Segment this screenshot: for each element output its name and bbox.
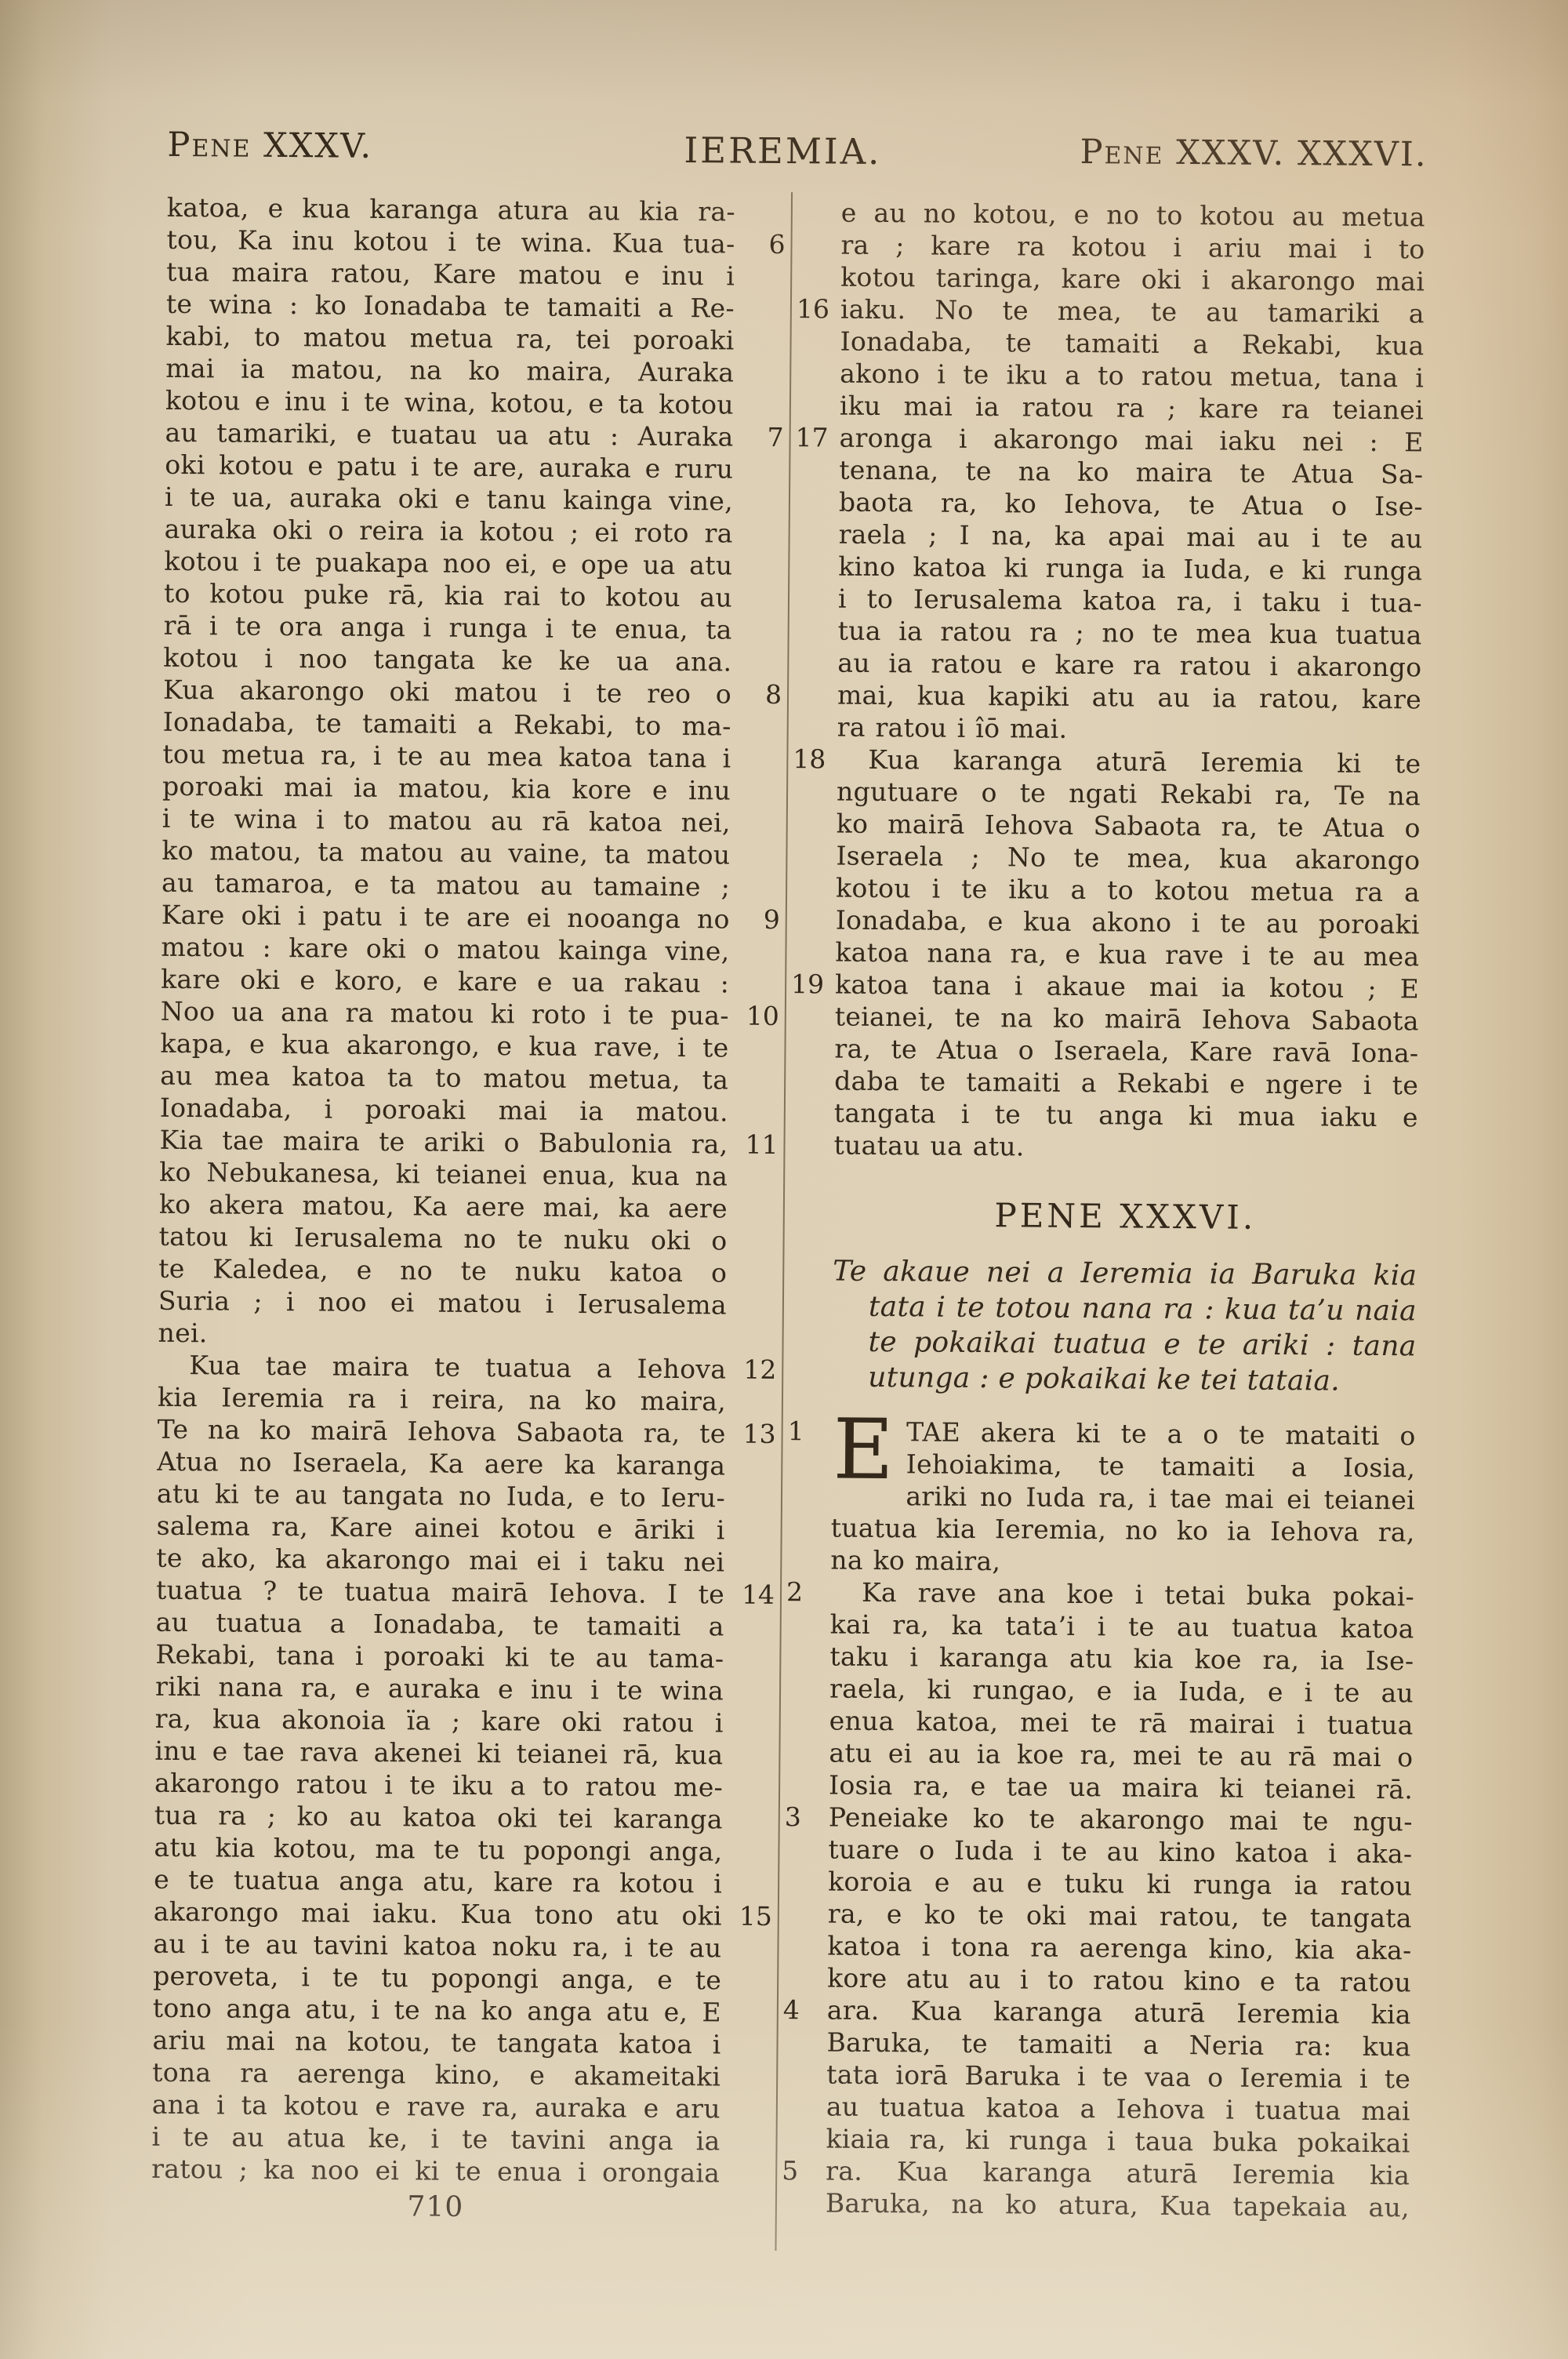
text-line: Peneiake ko te akarongo mai te ngu-3 — [829, 1801, 1413, 1838]
text-line: ariu mai na kotou, te tangata katoa i — [152, 2024, 720, 2061]
text-line: raela ; I na, ka apai mai au i te au — [838, 518, 1422, 555]
text-line-content: akarongo ratou i te iku a to ratou me- — [154, 1768, 723, 1803]
text-line-content: ko matou, ta matou au vaine, ta matou — [162, 835, 730, 871]
text-line: te pokaikai tuatua e te ariki : tana — [832, 1325, 1416, 1365]
text-line: Te akaue nei a Ieremia ia Baruka kia — [833, 1254, 1417, 1294]
text-line-content: tuare o Iuda i te au kino katoa i aka- — [828, 1834, 1412, 1870]
text-line: taku i karanga atu kia koe ra, ia Ise- — [829, 1641, 1414, 1677]
text-line-content: te Kaledea, e no te nuku katoa o — [158, 1253, 727, 1289]
text-line: ko Nebukanesa, ki teianei enua, kua na — [159, 1156, 728, 1193]
text-line: tatou ki Ierusalema no te nuku oki o — [158, 1220, 727, 1257]
text-line-content: tata i te totou nana ra : kua ta’u naia — [869, 1291, 1417, 1327]
text-line-content: e te tuatua anga atu, kare ra kotou i — [154, 1864, 722, 1899]
text-line-content: ko akera matou, Ka aere mai, ka aere — [159, 1189, 728, 1224]
text-line-content: akono i te iku a to ratou metua, tana i — [840, 358, 1424, 394]
text-line-content: tangata i te tu anga ki mua iaku e — [834, 1098, 1418, 1133]
text-line-content: au tuatua katoa a Iehova i tuatua mai — [826, 2092, 1410, 2127]
text-line: i te ua, auraka oki e tanu kainga vine, — [165, 481, 733, 518]
text-line: kapa, e kua akarongo, e kua rave, i te — [160, 1027, 728, 1064]
text-line: mai ia matou, na ko maira, Auraka — [165, 352, 734, 389]
text-line-content: Kia tae maira te ariki o Babulonia ra, — [159, 1125, 728, 1160]
text-line-content: Ionadaba, te tamaiti a Rekabi, to ma- — [163, 707, 731, 742]
text-line: atu ki te au tangata no Iuda, e to Ieru- — [157, 1478, 725, 1514]
text-line: Noo ua ana ra matou ki roto i te pua-10 — [161, 995, 729, 1032]
text-line-content: au mea katoa ta to matou metua, ta — [160, 1060, 728, 1096]
verse-number: 7 — [767, 421, 783, 453]
text-line: au tuatua katoa a Iehova i tuatua mai — [826, 2091, 1410, 2128]
text-line: Te na ko mairā Iehova Sabaota ra, te13 — [158, 1413, 726, 1450]
text-line: te wina : ko Ionadaba te tamaiti a Re- — [166, 288, 735, 325]
text-line-content: Iehoiakima, te tamaiti a Iosia, — [906, 1448, 1416, 1483]
text-line-content: Iosia ra, e tae ua maira ki teianei rā. — [829, 1770, 1413, 1805]
text-line: poroaki mai ia matou, kia kore e inu — [162, 770, 731, 807]
text-line-content: kabi, to matou metua ra, tei poroaki — [165, 321, 734, 356]
text-line: au ia ratou e kare ra ratou i akarongo — [837, 647, 1421, 684]
text-line-content: i te au atua ke, i te tavini anga ia — [151, 2121, 720, 2157]
running-head: Pene XXXV. IEREMIA. Pene XXXV. XXXVI. — [0, 124, 1567, 184]
text-line-content: tenana, te na ko maira te Atua Sa- — [839, 455, 1423, 490]
text-line-content: koroia e au e tuku ki runga ia ratou — [828, 1866, 1412, 1902]
chapter-35-text-left: katoa, e kua karanga atura au kia ra-tou… — [151, 191, 735, 2190]
text-line-content: iku mai ia ratou ra ; kare ra teianei — [840, 391, 1424, 426]
text-line: katoa i tona ra aerenga kino, kia aka- — [827, 1930, 1411, 1967]
text-line: ratou ; ka noo ei ki te enua i orongaia — [151, 2153, 720, 2190]
text-line: kotou i noo tangata ke ke ua ana. — [163, 642, 731, 678]
verse-number: 5 — [782, 2154, 798, 2186]
text-line: au tamariki, e tuatau ua atu : Auraka7 — [165, 416, 733, 453]
text-line: kotou i te puakapa noo ei, e ope ua atu — [164, 545, 732, 582]
text-line-content: kotou i te puakapa noo ei, e ope ua atu — [164, 546, 732, 581]
text-line-content: atu ei au ia koe ra, mei te au rā mai o — [829, 1738, 1413, 1773]
text-line: ko matou, ta matou au vaine, ta matou — [162, 834, 730, 871]
text-line: baota ra, ko Iehova, te Atua o Ise- — [839, 486, 1423, 523]
text-line-content: tou, Ka inu kotou i te wina. Kua tua- — [166, 224, 735, 260]
text-line: ra, e ko te oki mai ratou, te tangata — [828, 1898, 1412, 1935]
text-line: atu kia kotou, ma te tu popongi anga, — [154, 1831, 722, 1868]
verse-number: 9 — [764, 903, 780, 936]
text-line: utunga : e pokaikai ke tei tataia. — [832, 1360, 1416, 1400]
text-line-content: kotou e inu i te wina, kotou, e ta kotou — [165, 385, 734, 420]
text-line: Kare oki i patu i te are ei nooanga no9 — [162, 899, 730, 936]
text-line: tou, Ka inu kotou i te wina. Kua tua-6 — [166, 224, 735, 260]
text-line-content: mai ia matou, na ko maira, Auraka — [165, 353, 734, 388]
text-line-content: ariki no Iuda ra, i tae mai ei teianei — [906, 1481, 1415, 1515]
text-line: ngutuare o te ngati Rekabi ra, Te na — [837, 776, 1421, 812]
text-line: tenana, te na ko maira te Atua Sa- — [839, 454, 1423, 491]
text-line: Ionadaba, te tamaiti a Rekabi, to ma- — [163, 706, 731, 743]
text-line-content: i te ua, auraka oki e tanu kainga vine, — [165, 482, 733, 517]
text-line: TAE akera ki te a o te mataiti o — [832, 1416, 1416, 1452]
text-line-content: tuatua ? te tuatua mairā Iehova. I te — [156, 1575, 724, 1610]
text-line-content: ra, kua akonoia ïa ; kare oki ratou i — [155, 1703, 724, 1739]
text-line: ara. Kua karanga aturā Ieremia kia4 — [827, 1994, 1411, 2031]
text-line-content: nei. — [158, 1318, 207, 1348]
text-line: Baruka, te tamaiti a Neria ra: kua — [826, 2026, 1410, 2063]
text-line-content: Ionadaba, e kua akono i te au poroaki — [836, 905, 1420, 940]
text-line: oki kotou e patu i te are, auraka e ruru — [165, 449, 733, 485]
text-line-content: rā i te ora anga i runga i te enua, ta — [164, 610, 732, 645]
text-line-content: kia Ieremia ra i reira, na ko maira, — [158, 1382, 726, 1417]
text-line: inu e tae rava akenei ki teianei rā, kua — [154, 1735, 723, 1772]
verse-number: 6 — [768, 228, 785, 260]
text-line: akarongo mai iaku. Kua tono atu oki15 — [154, 1896, 722, 1932]
text-line-content: te wina : ko Ionadaba te tamaiti a Re- — [166, 289, 735, 324]
text-line-content: ra ; kare ra kotou i ariu mai i to — [840, 230, 1425, 265]
text-line: tua ra ; ko au katoa oki tei karanga — [154, 1799, 723, 1836]
verse-number: 19 — [791, 968, 824, 1000]
text-line: kino katoa ki runga ia Iuda, e ki runga — [838, 551, 1422, 587]
text-line: tangata i te tu anga ki mua iaku e — [834, 1097, 1418, 1134]
text-line-content: tatou ki Ierusalema no te nuku oki o — [158, 1221, 727, 1256]
verse-number: 11 — [745, 1129, 778, 1161]
text-line: ra ; kare ra kotou i ariu mai i to — [840, 229, 1425, 266]
text-line: tua ia ratou ra ; no te mea kua tuatua — [838, 615, 1422, 652]
text-line: Ionadaba, te tamaiti a Rekabi, kua — [840, 325, 1424, 362]
text-line-content: atu kia kotou, ma te tu popongi anga, — [154, 1832, 722, 1867]
text-line: na ko maira, — [830, 1544, 1414, 1581]
text-line-content: tou metua ra, i te au mea katoa tana i — [162, 739, 731, 774]
text-line: matou : kare oki o matou kainga vine, — [161, 931, 729, 968]
text-line: ra ratou i îō mai. — [837, 711, 1421, 748]
text-line-content: katoa nana ra, e kua rave i te au mea — [835, 937, 1419, 972]
text-line: au tuatua a Ionadaba, te tamaiti a — [156, 1606, 724, 1643]
text-line: te ako, ka akarongo mai ei i taku nei — [156, 1542, 724, 1579]
text-line-content: tata iorā Baruka i te vaa o Ieremia i te — [826, 2059, 1410, 2095]
text-line-content: to kotou puke rā, kia rai to kotou au — [164, 578, 732, 613]
chapter-35-text-right: e au no kotou, e no to kotou au metuara … — [833, 197, 1425, 1166]
text-line-content: akarongo mai iaku. Kua tono atu oki — [154, 1896, 722, 1932]
text-line: katoa nana ra, e kua rave i te au mea — [835, 936, 1419, 973]
text-line: Kia tae maira te ariki o Babulonia ra,11 — [159, 1124, 728, 1161]
verse-number: 3 — [785, 1801, 801, 1833]
text-line: katoa tana i akaue mai ia kotou ; E19 — [835, 969, 1419, 1005]
verse-number: 17 — [795, 421, 828, 453]
text-line-content: Kua karanga aturā Ieremia ki te — [868, 744, 1421, 780]
column-divider — [775, 192, 793, 2251]
verse-number: 1 — [788, 1415, 804, 1447]
text-line: riki nana ra, e auraka e inu i te wina — [155, 1670, 724, 1707]
chapter-heading: PENE XXXVI. — [833, 1196, 1417, 1238]
text-line-content: kare oki e koro, e kare e ua rakau : — [161, 964, 729, 999]
text-line-content: Ionadaba, i poroaki mai ia matou. — [160, 1092, 728, 1128]
text-line-content: ko mairā Iehova Sabaota ra, te Atua o — [837, 809, 1421, 844]
chapter-summary: Te akaue nei a Ieremia ia Baruka kiatata… — [832, 1254, 1417, 1400]
text-line: peroveta, i te tu popongi anga, e te — [153, 1960, 721, 1997]
text-line-content: Peneiake ko te akarongo mai te ngu- — [829, 1802, 1413, 1837]
text-line-content: e au no kotou, e no to kotou au metua — [841, 198, 1425, 233]
text-line: katoa, e kua karanga atura au kia ra- — [167, 191, 735, 228]
text-line: i to Ierusalema katoa ra, i taku i tua- — [838, 583, 1422, 620]
text-line: Ionadaba, e kua akono i te au poroaki — [836, 904, 1420, 941]
text-line-content: ra. Kua karanga aturā Ieremia kia — [826, 2156, 1410, 2191]
text-line-content: na ko maira, — [830, 1545, 1000, 1577]
text-line: tuatua kia Ieremia, no ko ia Iehova ra, — [831, 1512, 1415, 1549]
text-line: Suria ; i noo ei matou i Ierusalema — [158, 1285, 727, 1321]
text-line: tou metua ra, i te au mea katoa tana i — [162, 738, 731, 775]
text-line: kotou taringa, kare oki i akarongo mai — [840, 261, 1425, 298]
text-line: Iosia ra, e tae ua maira ki teianei rā. — [829, 1769, 1413, 1806]
text-line: Kua tae maira te tuatua a Iehova12 — [158, 1349, 726, 1386]
text-line-content: i to Ierusalema katoa ra, i taku i tua- — [838, 583, 1422, 619]
text-line: Rekabi, tana i poroaki ki te au tama- — [155, 1638, 724, 1675]
text-line-content: Kua tae maira te tuatua a Iehova — [189, 1350, 726, 1384]
text-line: mai, kua kapiki atu au ia ratou, kare — [837, 679, 1421, 716]
text-line-content: teianei, te na ko mairā Iehova Sabaota — [835, 1001, 1419, 1037]
text-line: Baruka, na ko atura, Kua tapekaia au, — [826, 2187, 1410, 2224]
text-line: akarongo ratou i te iku a to ratou me- — [154, 1767, 723, 1804]
text-line-content: Suria ; i noo ei matou i Ierusalema — [158, 1285, 727, 1321]
text-line: Ka rave ana koe i tetai buka pokai-2 — [830, 1576, 1414, 1613]
text-line-content: daba te tamaiti a Rekabi e ngere i te — [834, 1066, 1418, 1101]
verse-number: 10 — [746, 1000, 779, 1032]
text-line: e te tuatua anga atu, kare ra kotou i — [154, 1863, 722, 1900]
text-line: tuatau ua atu. — [833, 1129, 1417, 1166]
verse-number: 14 — [742, 1579, 775, 1611]
text-line: tata iorā Baruka i te vaa o Ieremia i te — [826, 2059, 1410, 2095]
text-line-content: katoa tana i akaue mai ia kotou ; E — [835, 969, 1419, 1005]
text-line: ko mairā Iehova Sabaota ra, te Atua o — [837, 808, 1421, 845]
text-line-content: Baruka, te tamaiti a Neria ra: kua — [826, 2027, 1410, 2063]
text-line-content: Rekabi, tana i poroaki ki te au tama- — [155, 1639, 724, 1674]
text-line: ra, kua akonoia ïa ; kare oki ratou i — [155, 1703, 724, 1739]
text-line: Kua akarongo oki matou i te reo o8 — [163, 674, 731, 711]
text-line: salema ra, Kare ainei kotou e āriki i — [157, 1510, 725, 1547]
text-line-content: iaku. No te mea, te au tamariki a — [840, 294, 1425, 329]
text-line: teianei, te na ko mairā Iehova Sabaota — [835, 1001, 1419, 1038]
text-line: ra, te Atua o Iseraela, Kare ravā Iona- — [834, 1033, 1418, 1070]
text-line-content: katoa, e kua karanga atura au kia ra- — [167, 192, 735, 227]
text-line-content: tono anga atu, i te na ko anga atu e, E — [153, 1993, 721, 2028]
text-line: kai ra, ka tata’i i te au tuatua katoa — [830, 1608, 1414, 1645]
text-line-content: kiaia ra, ki runga i taua buka pokaikai — [826, 2124, 1410, 2159]
verse-number: 8 — [765, 678, 782, 711]
text-line: to kotou puke rā, kia rai to kotou au — [164, 577, 732, 614]
text-line-content: au i te au tavini katoa noku ra, i te au — [153, 1928, 721, 1964]
text-line-content: mai, kua kapiki atu au ia ratou, kare — [837, 680, 1421, 715]
text-line-content: ariu mai na kotou, te tangata katoa i — [152, 2025, 720, 2060]
text-line: kotou e inu i te wina, kotou, e ta kotou — [165, 384, 734, 421]
text-line-content: raela ; I na, ka apai mai au i te au — [839, 519, 1423, 554]
text-line-content: baota ra, ko Iehova, te Atua o Ise- — [839, 487, 1423, 522]
text-line-content: TAE akera ki te a o te mataiti o — [906, 1416, 1416, 1451]
text-line: daba te tamaiti a Rekabi e ngere i te — [834, 1065, 1418, 1102]
text-line-content: kotou i te iku a to kotou metua ra a — [836, 873, 1420, 908]
text-line-content: tona ra aerenga kino, e akameitaki — [152, 2057, 720, 2092]
text-line-content: katoa i tona ra aerenga kino, kia aka- — [827, 1931, 1411, 1966]
text-line-content: inu e tae rava akenei ki teianei rā, kua — [154, 1736, 723, 1771]
text-line-content: ana i ta kotou e rave ra, auraka e aru — [152, 2089, 720, 2125]
text-line: kore atu au i to ratou kino e ta ratou — [827, 1962, 1411, 1999]
text-line: kare oki e koro, e kare e ua rakau : — [161, 963, 729, 1000]
text-line: te Kaledea, e no te nuku katoa o — [158, 1252, 727, 1289]
text-line: Iehoiakima, te tamaiti a Iosia, — [831, 1448, 1415, 1485]
text-line-content: utunga : e pokaikai ke tei tataia. — [868, 1361, 1340, 1398]
text-line-content: raela, ki rungao, e ia Iuda, e i te au — [829, 1674, 1414, 1709]
text-line: enua katoa, mei te rā mairai i tuatua — [829, 1705, 1414, 1742]
text-line: au tamaroa, e ta matou au tamaine ; — [162, 867, 730, 903]
chapter-36-text: 1 E TAE akera ki te a o te mataiti oIeho… — [826, 1416, 1416, 2224]
verse-number: 2 — [786, 1576, 803, 1608]
book-page: Pene XXXV. IEREMIA. Pene XXXV. XXXVI. ka… — [0, 0, 1568, 2359]
text-line: ko akera matou, Ka aere mai, ka aere — [159, 1188, 728, 1225]
text-line-content: oki kotou e patu i te are, auraka e ruru — [165, 449, 733, 485]
text-line-content: Te akaue nei a Ieremia ia Baruka kia — [833, 1256, 1417, 1292]
text-line-content: Iseraela ; No te mea, kua akarongo — [836, 841, 1420, 876]
text-line-content: tua ra ; ko au katoa oki tei karanga — [154, 1800, 723, 1835]
text-line-content: Kua akarongo oki matou i te reo o — [163, 674, 731, 710]
text-line-content: Atua no Iseraela, Ka aere ka karanga — [157, 1446, 725, 1481]
text-line: nei. — [158, 1317, 726, 1354]
text-line: iku mai ia ratou ra ; kare ra teianei — [840, 390, 1424, 427]
text-line: koroia e au e tuku ki runga ia ratou — [828, 1866, 1412, 1903]
left-column: katoa, e kua karanga atura au kia ra-tou… — [151, 191, 735, 2227]
text-line-content: matou : kare oki o matou kainga vine, — [161, 932, 729, 967]
text-line-content: tua ia ratou ra ; no te mea kua tuatua — [838, 616, 1422, 651]
running-head-left: Pene XXXV. — [167, 125, 372, 166]
text-line-content: poroaki mai ia matou, kia kore e inu — [162, 771, 731, 806]
text-line-content: Ionadaba, te tamaiti a Rekabi, kua — [840, 326, 1424, 362]
text-line-content: tuatau ua atu. — [833, 1130, 1024, 1162]
text-line-content: te ako, ka akarongo mai ei i taku nei — [156, 1543, 724, 1578]
verse-number: 18 — [793, 743, 826, 775]
text-line-content: peroveta, i te tu popongi anga, e te — [153, 1961, 721, 1996]
right-column: e au no kotou, e no to kotou au metuara … — [826, 197, 1425, 2224]
text-line-content: ara. Kua karanga aturā Ieremia kia — [827, 1995, 1411, 2030]
text-line: tuare o Iuda i te au kino katoa i aka- — [828, 1834, 1412, 1870]
text-line: akono i te iku a to ratou metua, tana i — [840, 358, 1424, 394]
text-line: kia Ieremia ra i reira, na ko maira, — [158, 1381, 726, 1418]
text-line: au i te au tavini katoa noku ra, i te au — [153, 1928, 721, 1965]
text-line-content: enua katoa, mei te rā mairai i tuatua — [829, 1706, 1414, 1741]
text-line-content: kino katoa ki runga ia Iuda, e ki runga — [838, 551, 1422, 587]
text-line-content: tua maira ratou, Kare matou e inu i — [166, 256, 735, 292]
text-line: tuatua ? te tuatua mairā Iehova. I te14 — [156, 1574, 724, 1611]
text-line: au mea katoa ta to matou metua, ta — [160, 1060, 728, 1096]
text-line: ra. Kua karanga aturā Ieremia kia5 — [826, 2155, 1410, 2192]
text-line-content: Te na ko mairā Iehova Sabaota ra, te — [158, 1414, 726, 1449]
text-line: kabi, to matou metua ra, tei poroaki — [165, 320, 734, 357]
text-line: aronga i akarongo mai iaku nei : E17 — [839, 422, 1423, 459]
page-number: 710 — [151, 2188, 720, 2227]
text-line-content: ngutuare o te ngati Rekabi ra, Te na — [837, 776, 1421, 812]
text-line-content: taku i karanga atu kia koe ra, ia Ise- — [829, 1641, 1414, 1677]
text-line-content: Ka rave ana koe i tetai buka pokai- — [862, 1577, 1414, 1612]
text-line-content: kotou i noo tangata ke ke ua ana. — [163, 642, 731, 678]
text-line-content: ratou ; ka noo ei ki te enua i orongaia — [151, 2154, 720, 2189]
text-line-content: kotou taringa, kare oki i akarongo mai — [840, 262, 1425, 297]
text-line-content: aronga i akarongo mai iaku nei : E — [839, 423, 1423, 458]
text-line-content: ra, te Atua o Iseraela, Kare ravā Iona- — [834, 1034, 1418, 1069]
text-line-content: riki nana ra, e auraka e inu i te wina — [155, 1671, 724, 1707]
text-line-content: te pokaikai tuatua e te ariki : tana — [868, 1326, 1416, 1362]
text-line-content: salema ra, Kare ainei kotou e āriki i — [157, 1510, 725, 1546]
text-line: e au no kotou, e no to kotou au metua — [841, 197, 1425, 234]
verse-number: 13 — [742, 1418, 775, 1450]
text-line-content: ra, e ko te oki mai ratou, te tangata — [828, 1899, 1412, 1934]
running-head-right: Pene XXXV. XXXVI. — [1080, 133, 1427, 174]
text-line-content: ra ratou i îō mai. — [837, 712, 1068, 744]
text-line-content: au ia ratou e kare ra ratou i akarongo — [837, 648, 1421, 683]
text-line-content: au tuatua a Ionadaba, te tamaiti a — [156, 1607, 724, 1642]
text-line: tua maira ratou, Kare matou e inu i — [166, 256, 735, 293]
text-line: iaku. No te mea, te au tamariki a16 — [840, 293, 1425, 330]
text-line: i te wina i to matou au rā katoa nei, — [162, 802, 731, 839]
text-line-content: kore atu au i to ratou kino e ta ratou — [827, 1963, 1411, 1998]
verse-number: 15 — [739, 1900, 772, 1932]
verse-number: 4 — [783, 1994, 800, 2026]
text-line: atu ei au ia koe ra, mei te au rā mai o — [829, 1737, 1413, 1774]
running-head-title: IEREMIA. — [684, 129, 881, 173]
text-line-content: atu ki te au tangata no Iuda, e to Ieru- — [157, 1478, 725, 1514]
page-content: Pene XXXV. IEREMIA. Pene XXXV. XXXVI. ka… — [0, 0, 1568, 2359]
text-line: kotou i te iku a to kotou metua ra a — [836, 872, 1420, 909]
text-line-content: Kare oki i patu i te are ei nooanga no — [162, 900, 730, 935]
verse-number: 12 — [743, 1354, 776, 1386]
text-line-content: tuatua kia Ieremia, no ko ia Iehova ra, — [831, 1513, 1415, 1548]
text-line: raela, ki rungao, e ia Iuda, e i te au — [829, 1673, 1414, 1710]
text-line: rā i te ora anga i runga i te enua, ta — [164, 609, 732, 646]
text-line: auraka oki o reira ia kotou ; ei roto ra — [165, 513, 733, 550]
text-line: i te au atua ke, i te tavini anga ia — [151, 2121, 720, 2157]
text-line-content: i te wina i to matou au rā katoa nei, — [162, 803, 731, 838]
text-line: ariki no Iuda ra, i tae mai ei teianei — [831, 1480, 1415, 1517]
text-line: Atua no Iseraela, Ka aere ka karanga — [157, 1445, 725, 1482]
text-line-content: auraka oki o reira ia kotou ; ei roto ra — [165, 514, 733, 549]
verse-number: 16 — [797, 293, 829, 325]
text-line: tata i te totou nana ra : kua ta’u naia — [833, 1289, 1417, 1329]
text-line-content: kai ra, ka tata’i i te au tuatua katoa — [830, 1609, 1414, 1645]
text-line-content: au tamariki, e tuatau ua atu : Auraka — [165, 417, 733, 453]
text-line-content: Noo ua ana ra matou ki roto i te pua- — [161, 996, 729, 1031]
text-line-content: ko Nebukanesa, ki teianei enua, kua na — [159, 1157, 728, 1192]
text-line: Iseraela ; No te mea, kua akarongo — [836, 840, 1420, 877]
text-line: Kua karanga aturā Ieremia ki te18 — [837, 743, 1421, 780]
text-line: kiaia ra, ki runga i taua buka pokaikai — [826, 2123, 1410, 2160]
text-line: tona ra aerenga kino, e akameitaki — [152, 2056, 720, 2093]
text-line-content: au tamaroa, e ta matou au tamaine ; — [162, 867, 730, 903]
text-line: tono anga atu, i te na ko anga atu e, E — [153, 1992, 721, 2029]
text-line: ana i ta kotou e rave ra, auraka e aru — [152, 2088, 720, 2125]
text-line-content: Baruka, na ko atura, Kua tapekaia au, — [826, 2188, 1410, 2223]
text-line-content: kapa, e kua akarongo, e kua rave, i te — [160, 1028, 728, 1063]
text-line: Ionadaba, i poroaki mai ia matou. — [160, 1092, 728, 1129]
